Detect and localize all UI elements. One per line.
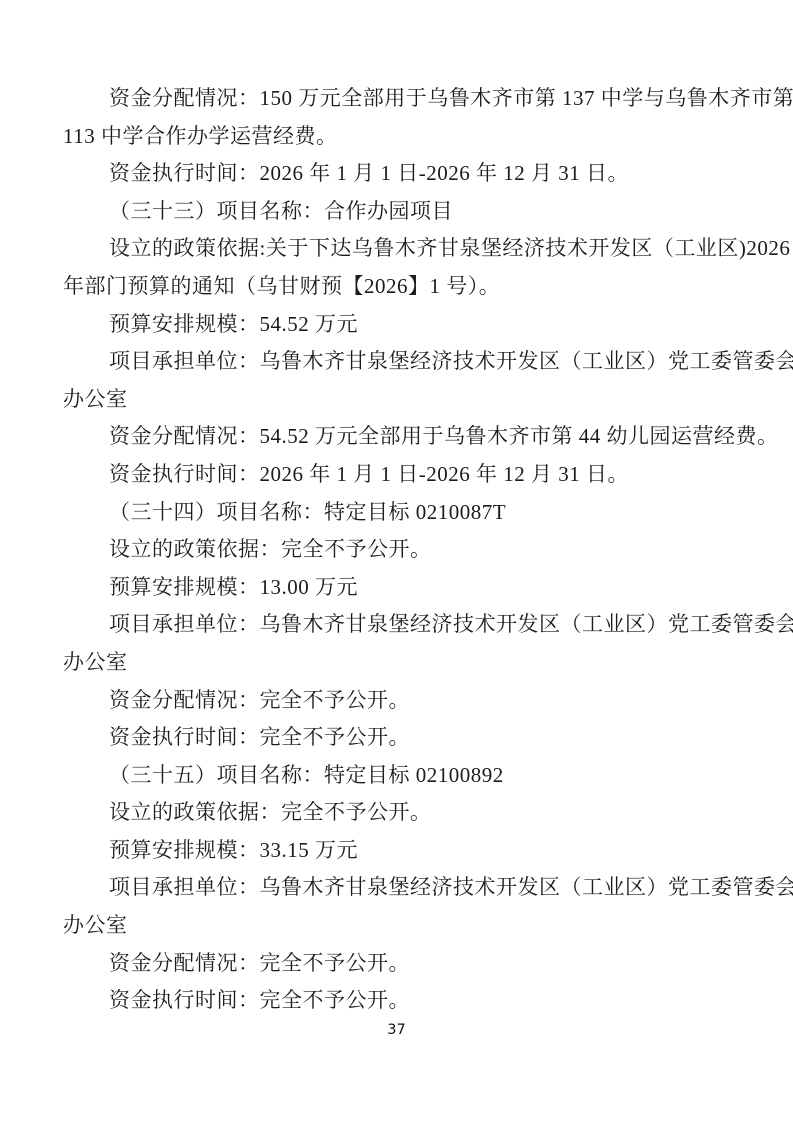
text-line: 资金执行时间：完全不予公开。 xyxy=(63,719,709,757)
text-line: 项目承担单位：乌鲁木齐甘泉堡经济技术开发区（工业区）党工委管委会 xyxy=(63,869,709,907)
project-35-heading-line: （三十五）项目名称：特定目标 02100892 xyxy=(63,757,709,795)
text-line: 预算安排规模：54.52 万元 xyxy=(63,306,709,344)
text-line: 项目承担单位：乌鲁木齐甘泉堡经济技术开发区（工业区）党工委管委会 xyxy=(63,606,709,644)
document-body: 资金分配情况：150 万元全部用于乌鲁木齐市第 137 中学与乌鲁木齐市第 11… xyxy=(63,80,709,1020)
text-line: 年部门预算的通知（乌甘财预【2026】1 号）。 xyxy=(63,268,709,306)
text-line: 设立的政策依据：完全不予公开。 xyxy=(63,794,709,832)
document-page: 资金分配情况：150 万元全部用于乌鲁木齐市第 137 中学与乌鲁木齐市第 11… xyxy=(0,0,793,1122)
text-line: 资金执行时间：完全不予公开。 xyxy=(63,982,709,1020)
text-line: 113 中学合作办学运营经费。 xyxy=(63,118,709,156)
text-line: 资金分配情况：54.52 万元全部用于乌鲁木齐市第 44 幼儿园运营经费。 xyxy=(63,418,709,456)
text-line: 资金分配情况：150 万元全部用于乌鲁木齐市第 137 中学与乌鲁木齐市第 xyxy=(63,80,709,118)
text-line: 办公室 xyxy=(63,907,709,945)
text-line: 预算安排规模：13.00 万元 xyxy=(63,569,709,607)
text-line: 办公室 xyxy=(63,644,709,682)
text-line: 资金分配情况：完全不予公开。 xyxy=(63,682,709,720)
text-line: 预算安排规模：33.15 万元 xyxy=(63,832,709,870)
text-line: 设立的政策依据：完全不予公开。 xyxy=(63,531,709,569)
text-line: 资金执行时间：2026 年 1 月 1 日-2026 年 12 月 31 日。 xyxy=(63,155,709,193)
text-line: 项目承担单位：乌鲁木齐甘泉堡经济技术开发区（工业区）党工委管委会 xyxy=(63,343,709,381)
text-line: 资金分配情况：完全不予公开。 xyxy=(63,945,709,983)
text-line: 资金执行时间：2026 年 1 月 1 日-2026 年 12 月 31 日。 xyxy=(63,456,709,494)
text-line: 办公室 xyxy=(63,381,709,419)
text-line: 设立的政策依据:关于下达乌鲁木齐甘泉堡经济技术开发区（工业区)2026 xyxy=(63,230,709,268)
page-number: 37 xyxy=(0,1021,793,1039)
project-33-heading-line: （三十三）项目名称：合作办园项目 xyxy=(63,193,709,231)
project-34-heading-line: （三十四）项目名称：特定目标 0210087T xyxy=(63,494,709,532)
